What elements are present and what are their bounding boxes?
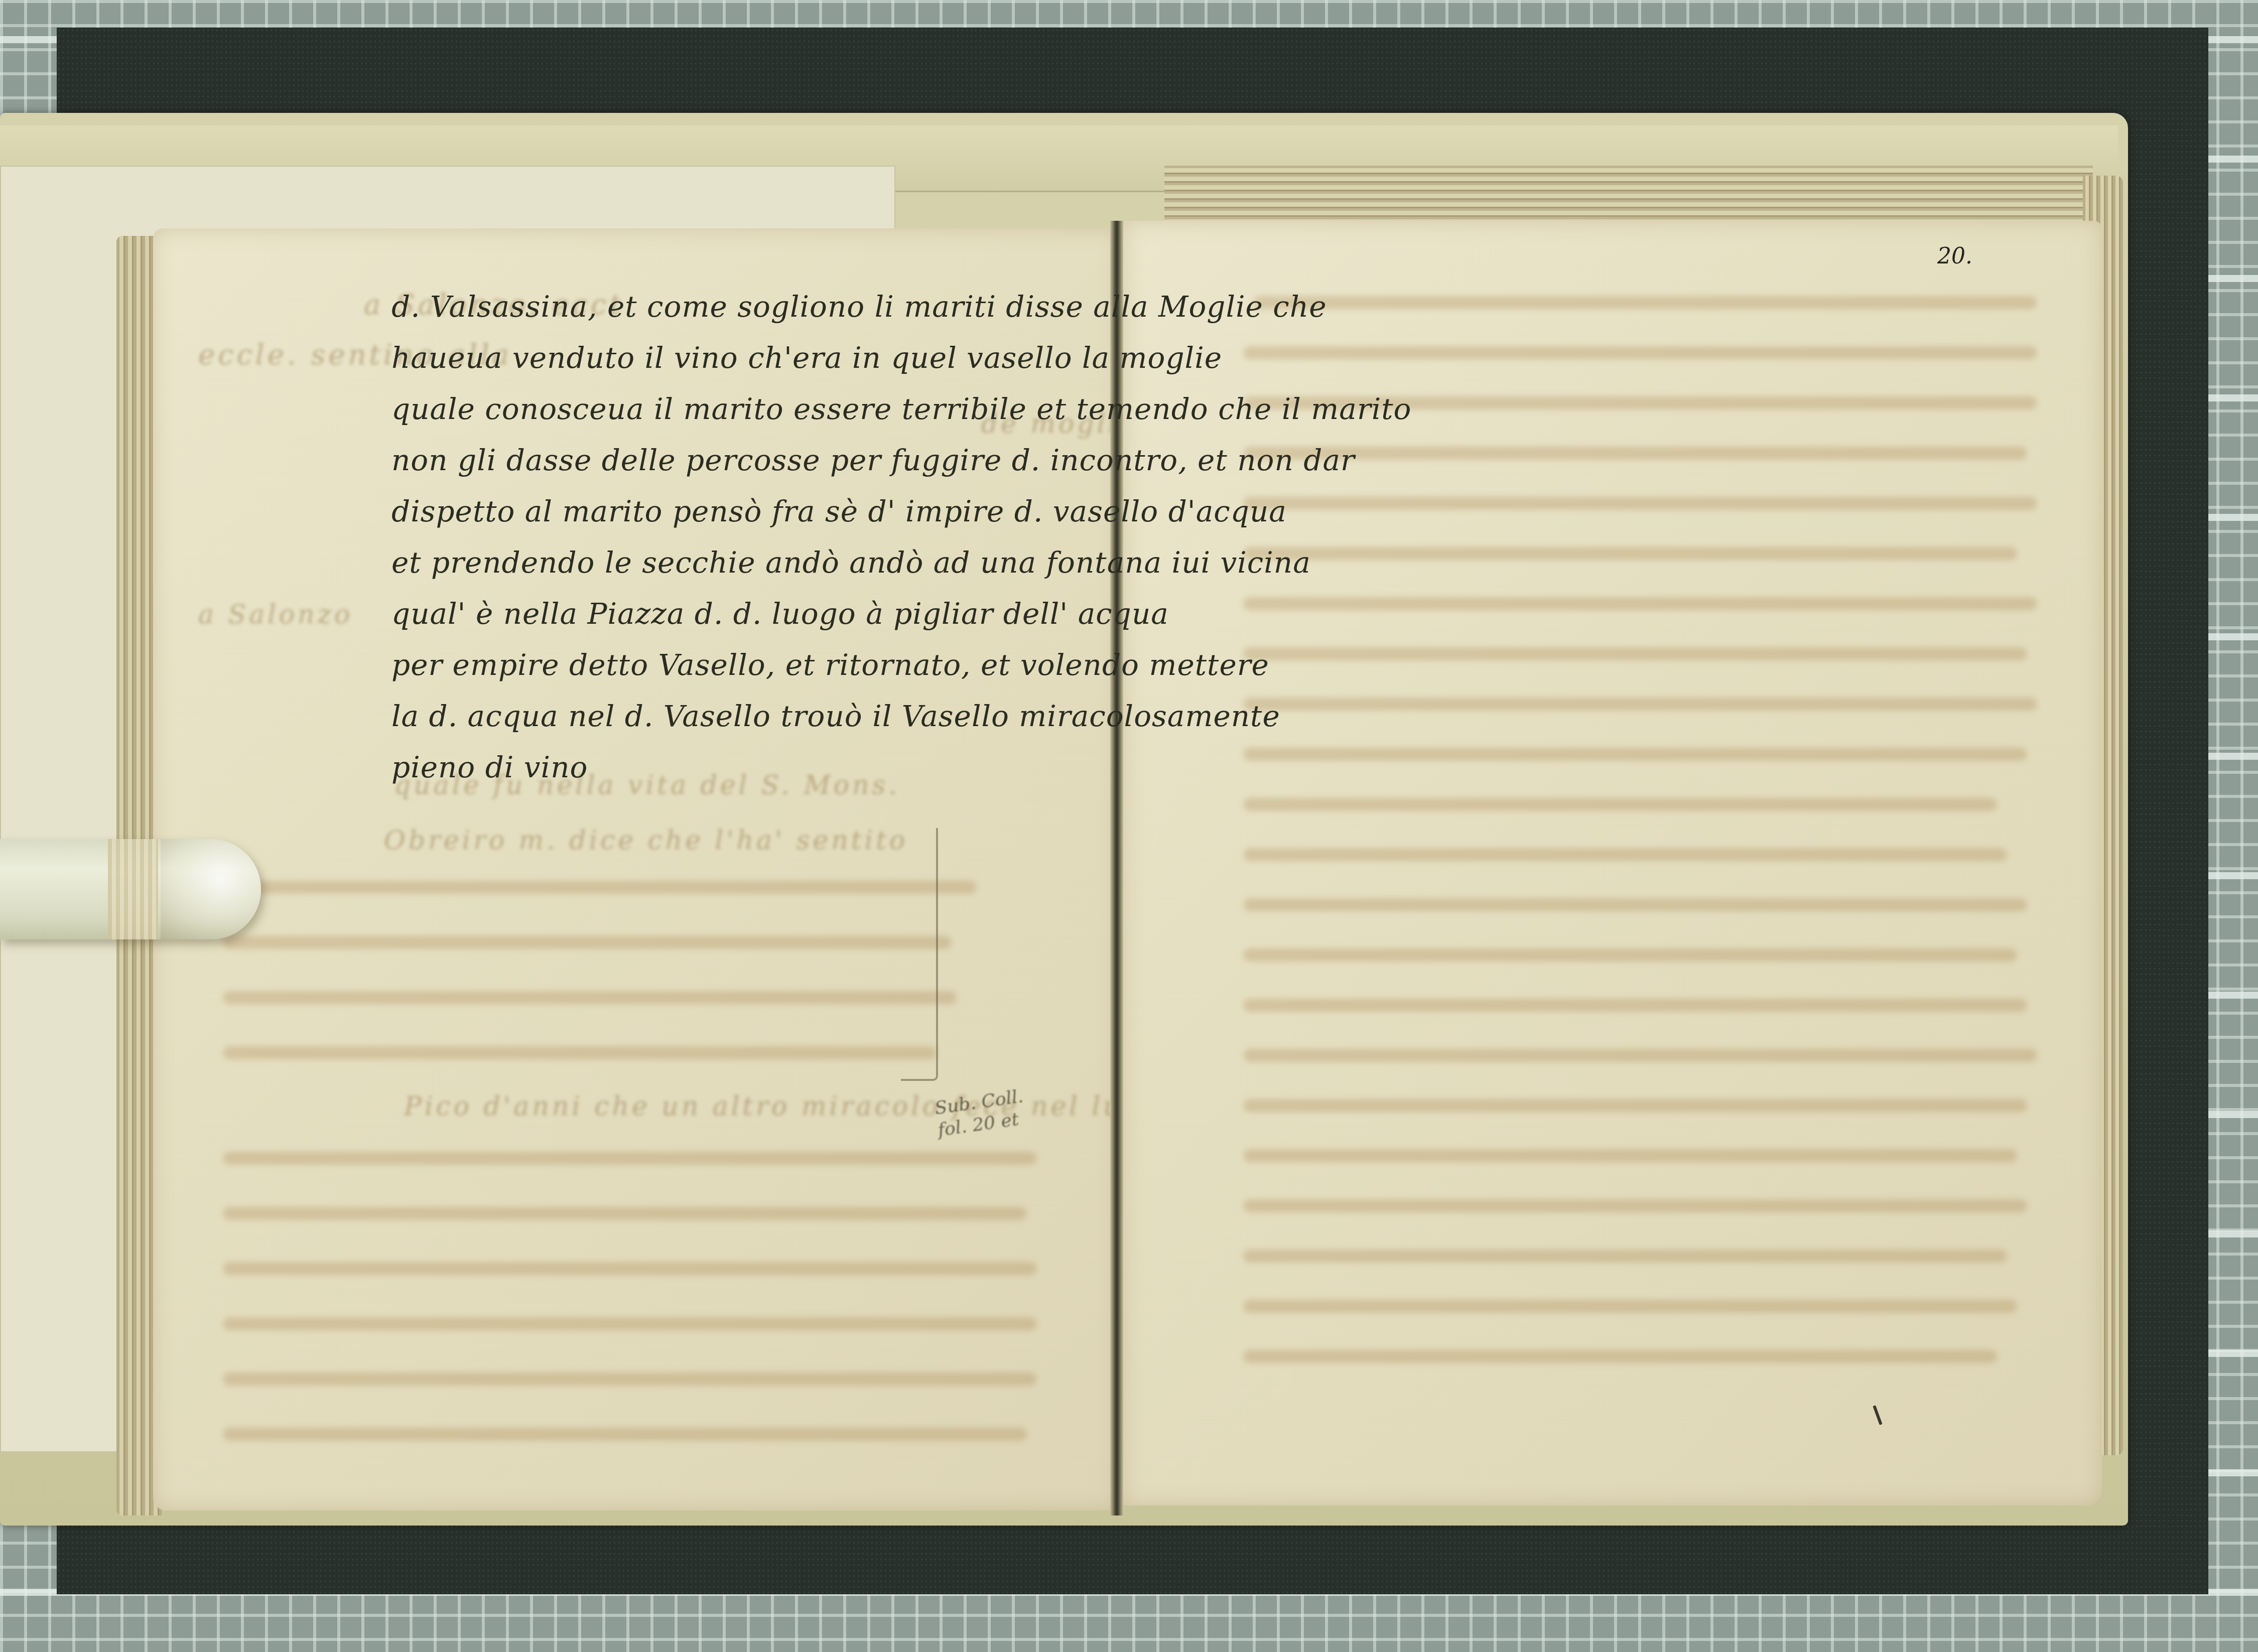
weight-dome-end [161, 839, 261, 939]
ink-mark [1873, 1405, 1882, 1425]
manuscript-line: quale conosceua il marito essere terribi… [391, 383, 1124, 435]
manuscript-line: et prendendo le secchie andò andò ad una… [391, 537, 1124, 588]
acrylic-page-weight[interactable] [0, 839, 261, 939]
manuscript-line: non gli dasse delle percosse per fuggire… [391, 435, 1124, 486]
manuscript-line: per empire detto Vasello, et ritornato, … [391, 639, 1124, 691]
bleed-through-text: a Salonzo [198, 600, 353, 630]
bleed-through-text: Obreiro m. dice che l'ha' sentito [384, 825, 908, 856]
folio-number: 20. [1937, 243, 1972, 269]
manuscript-line: pieno di vino [391, 742, 1124, 793]
manuscript-line: haueua venduto il vino ch'era in quel va… [391, 332, 1124, 383]
weight-page-edge-refraction [108, 839, 158, 939]
bleed-through-text: Pico d'anni che un altro miracolo fece n… [404, 1091, 1180, 1122]
page-stack-top-edge [1164, 166, 2093, 226]
manuscript-text: d. Valsassina, et come sogliono li marit… [391, 281, 1124, 793]
manuscript-line: d. Valsassina, et come sogliono li marit… [391, 281, 1124, 332]
margin-bracket [901, 828, 938, 1081]
manuscript-line: dispetto al marito pensò fra sè d' impir… [391, 486, 1124, 537]
manuscript-line: qual' è nella Piazza d. d. luogo à pigli… [391, 588, 1124, 639]
manuscript-line: la d. acqua nel d. Vasello trouò il Vase… [391, 691, 1124, 742]
